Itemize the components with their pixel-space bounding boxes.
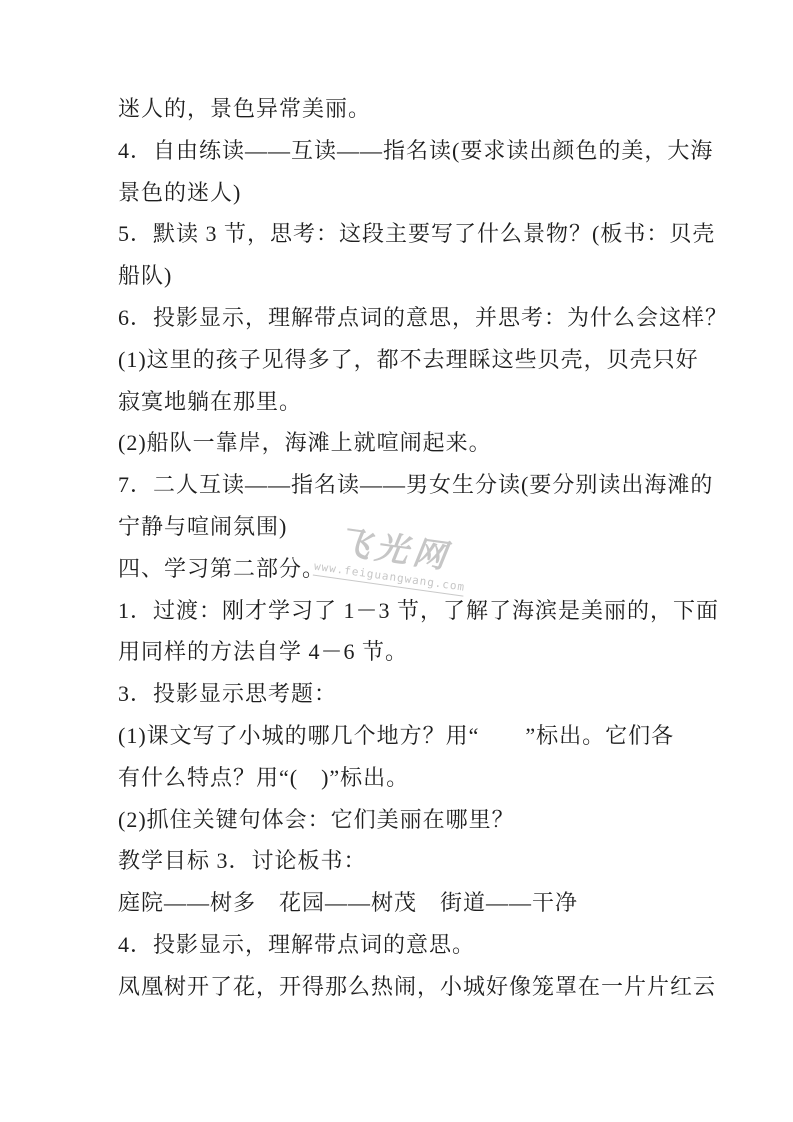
text-line: 7．二人互读——指名读——男女生分读(要分别读出海滩的 (118, 464, 698, 506)
text-line: 4．投影显示，理解带点词的意思。 (118, 924, 698, 966)
text-line: 5．默读 3 节，思考：这段主要写了什么景物？(板书：贝壳 (118, 213, 698, 255)
text-line: 宁静与喧闹氛围) (118, 506, 698, 548)
text-line: 用同样的方法自学 4－6 节。 (118, 631, 698, 673)
text-line: 四、学习第二部分。 (118, 548, 698, 590)
text-line: 庭院——树多 花园——树茂 街道——干净 (118, 882, 698, 924)
document-page: 飞光网 www.feiguangwang.com 迷人的，景色异常美丽。 4．自… (0, 0, 793, 1122)
text-line: 3．投影显示思考题： (118, 673, 698, 715)
text-line: (1)课文写了小城的哪几个地方？用“ ”标出。它们各 (118, 715, 698, 757)
text-line: 教学目标 3．讨论板书： (118, 840, 698, 882)
text-line: 迷人的，景色异常美丽。 (118, 88, 698, 130)
text-line: 有什么特点？用“( )”标出。 (118, 757, 698, 799)
text-line: 景色的迷人) (118, 172, 698, 214)
text-line: 4．自由练读——互读——指名读(要求读出颜色的美，大海 (118, 130, 698, 172)
document-body: 迷人的，景色异常美丽。 4．自由练读——互读——指名读(要求读出颜色的美，大海 … (118, 88, 698, 1008)
text-line: 船队) (118, 255, 698, 297)
text-line: 凤凰树开了花，开得那么热闹，小城好像笼罩在一片片红云 (118, 966, 698, 1008)
text-line: (2)船队一靠岸，海滩上就喧闹起来。 (118, 422, 698, 464)
text-line: 1．过渡：刚才学习了 1－3 节，了解了海滨是美丽的，下面 (118, 590, 698, 632)
text-line: (2)抓住关键句体会：它们美丽在哪里？ (118, 799, 698, 841)
text-line: (1)这里的孩子见得多了，都不去理睬这些贝壳，贝壳只好 (118, 339, 698, 381)
text-line: 6．投影显示，理解带点词的意思，并思考：为什么会这样？ (118, 297, 698, 339)
text-line: 寂寞地躺在那里。 (118, 381, 698, 423)
